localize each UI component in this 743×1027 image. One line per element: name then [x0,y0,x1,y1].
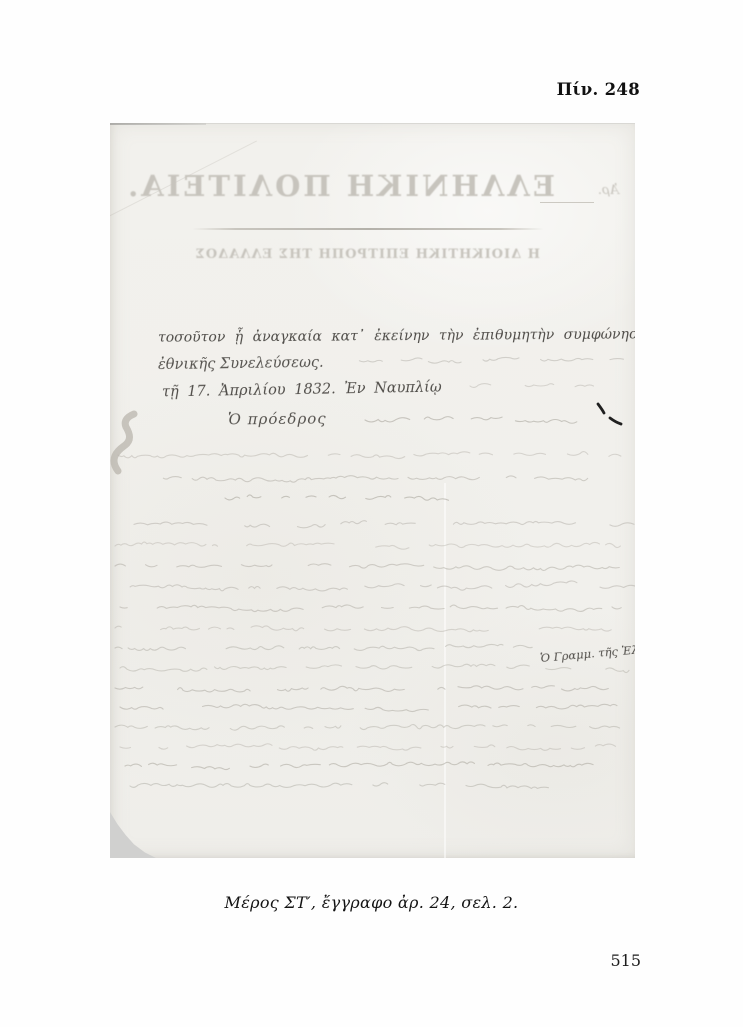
printed-letterhead-title: ΕΛΛΗΝΙΚΗ ΠΟΛΙΤΕΙΑ. [163,169,555,203]
book-page: Πίν. 248 Ἀρ. ΕΛΛΗΝΙΚΗ ΠΟΛΙΤΕΙΑ. Η ΔΙΟΙΚΗ… [0,0,743,1027]
printed-horizontal-rule [193,228,543,230]
mirrored-showthrough-layer: Ἀρ. ΕΛΛΗΝΙΚΗ ΠΟΛΙΤΕΙΑ. Η ΔΙΟΙΚΗΤΙΚΗ ΕΠΙΤ… [110,123,635,858]
plate-number-label: Πίν. 248 [557,80,640,99]
handwriting-president-line: Ὁ πρόεδρος [228,410,327,429]
printed-letterhead-subtitle: Η ΔΙΟΙΚΗΤΙΚΗ ΕΠΙΤΡΟΠΗ ΤΗΣ ΕΛΛΑΔΟΣ [200,247,540,262]
scanned-document-photo: Ἀρ. ΕΛΛΗΝΙΚΗ ΠΟΛΙΤΕΙΑ. Η ΔΙΟΙΚΗΤΙΚΗ ΕΠΙΤ… [110,123,635,858]
handwriting-line-2: ἐθνικῆς Συνελεύσεως. [158,355,324,373]
figure-caption: Μέρος ΣΤ′, ἔγγραφο ἀρ. 24, σελ. 2. [0,893,743,912]
page-number: 515 [610,951,641,970]
handwriting-line-1: τοσοῦτον ᾗ ἀναγκαία κατ᾽ ἐκείνην τὴν ἐπι… [158,326,635,346]
printed-number-label: Ἀρ. [598,183,619,198]
